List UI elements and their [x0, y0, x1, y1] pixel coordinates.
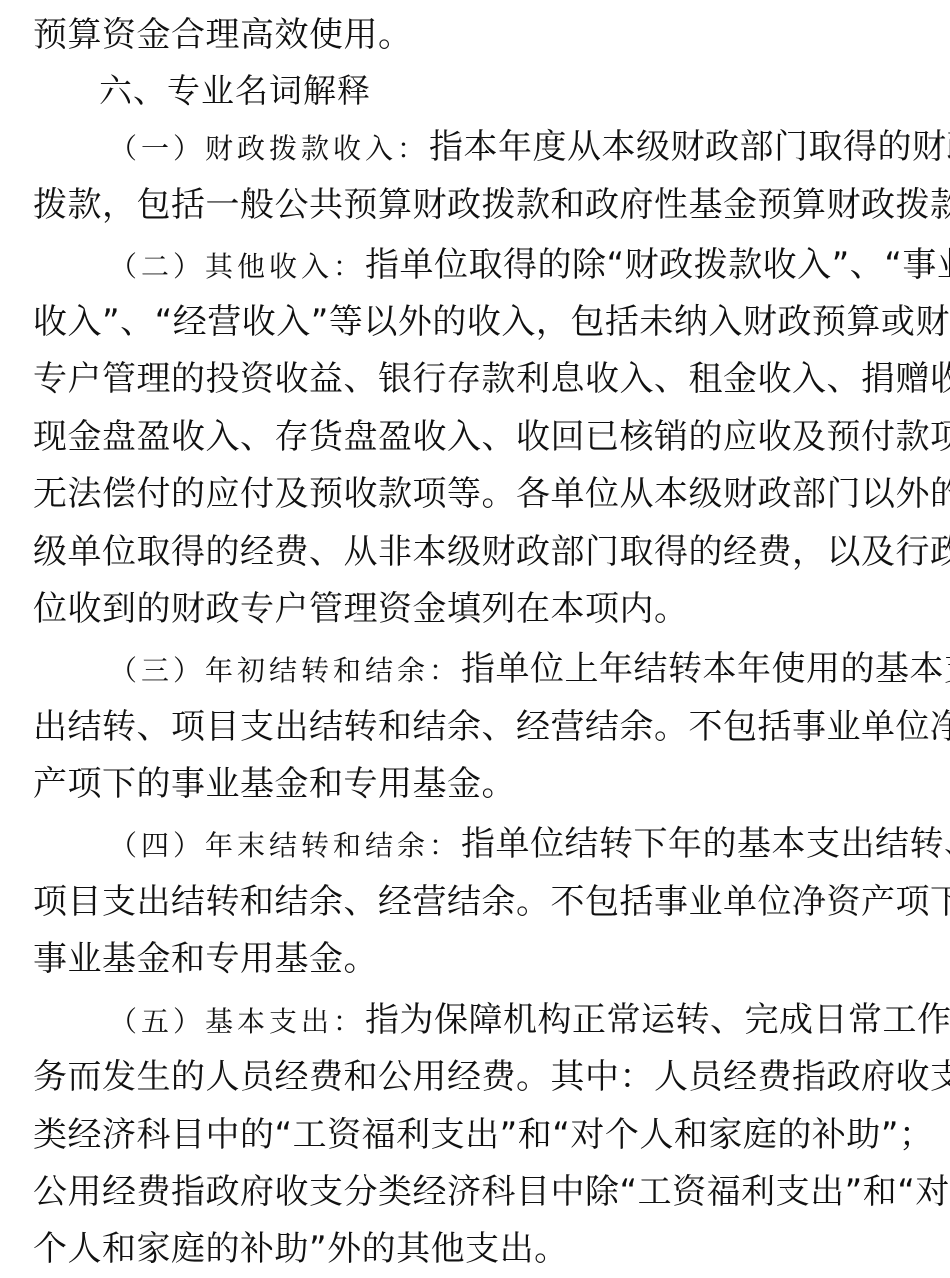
body-text: 类经济科目中的“工资福利支出”和“对个人和家庭的补助”；	[33, 1115, 933, 1155]
term-label: （二）其他收入：	[109, 250, 365, 283]
body-text: 指为保障机构正常运转、完成日常工作任	[365, 1000, 950, 1040]
body-text: 指单位结转下年的基本支出结转、	[461, 824, 950, 864]
section-heading-text: 六、专业名词解释	[99, 71, 371, 110]
paragraph-line: 无法偿付的应付及预收款项等。各单位从本级财政部门以外的同	[33, 467, 950, 522]
body-text: 无法偿付的应付及预收款项等。各单位从本级财政部门以外的同	[33, 474, 950, 514]
paragraph-line: 事业基金和专用基金。	[33, 932, 378, 987]
paragraph-line: 公用经费指政府收支分类经济科目中除“工资福利支出”和“对	[33, 1165, 950, 1220]
paragraph-line: 预算资金合理高效使用。	[33, 8, 413, 63]
term-definition-line: （一）财政拨款收入：指本年度从本级财政部门取得的财政	[109, 120, 950, 175]
paragraph-line: 务而发生的人员经费和公用经费。其中：人员经费指政府收支分	[33, 1050, 950, 1105]
body-text: 拨款，包括一般公共预算财政拨款和政府性基金预算财政拨款。	[33, 185, 950, 225]
paragraph-line: 出结转、项目支出结转和结余、经营结余。不包括事业单位净资	[33, 700, 950, 755]
body-text: 指单位上年结转本年使用的基本支	[461, 649, 950, 689]
paragraph-line: 产项下的事业基金和专用基金。	[33, 757, 516, 812]
term-label: （三）年初结转和结余：	[109, 654, 461, 687]
body-text: 公用经费指政府收支分类经济科目中除“工资福利支出”和“对	[33, 1172, 950, 1212]
paragraph-line: 位收到的财政专户管理资金填列在本项内。	[33, 582, 689, 637]
body-text: 收入”、“经营收入”等以外的收入，包括未纳入财政预算或财政	[33, 302, 950, 342]
term-label: （一）财政拨款收入：	[109, 132, 429, 165]
body-text: 产项下的事业基金和专用基金。	[33, 764, 516, 804]
body-text: 指本年度从本级财政部门取得的财政	[429, 127, 950, 167]
body-text: 事业基金和专用基金。	[33, 939, 378, 979]
body-text: 级单位取得的经费、从非本级财政部门取得的经费，以及行政单	[33, 532, 950, 572]
body-text: 出结转、项目支出结转和结余、经营结余。不包括事业单位净资	[33, 707, 950, 747]
term-definition-line: （五）基本支出：指为保障机构正常运转、完成日常工作任	[109, 993, 950, 1048]
paragraph-line: 收入”、“经营收入”等以外的收入，包括未纳入财政预算或财政	[33, 295, 950, 350]
paragraph-line: 拨款，包括一般公共预算财政拨款和政府性基金预算财政拨款。	[33, 178, 950, 233]
paragraph-line: 类经济科目中的“工资福利支出”和“对个人和家庭的补助”；	[33, 1108, 933, 1163]
paragraph-line: 专户管理的投资收益、银行存款利息收入、租金收入、捐赠收入，	[33, 352, 950, 407]
body-text: 指单位取得的除“财政拨款收入”、“事业	[365, 245, 950, 285]
paragraph-line: 现金盘盈收入、存货盘盈收入、收回已核销的应收及预付款项、	[33, 410, 950, 465]
term-definition-line: （四）年末结转和结余：指单位结转下年的基本支出结转、	[109, 817, 950, 872]
body-text: 个人和家庭的补助”外的其他支出。	[33, 1229, 569, 1269]
term-definition-line: （三）年初结转和结余：指单位上年结转本年使用的基本支	[109, 642, 950, 697]
paragraph-line: 项目支出结转和结余、经营结余。不包括事业单位净资产项下的	[33, 875, 950, 930]
body-text: 位收到的财政专户管理资金填列在本项内。	[33, 589, 689, 629]
paragraph-line: 级单位取得的经费、从非本级财政部门取得的经费，以及行政单	[33, 525, 950, 580]
body-text: 现金盘盈收入、存货盘盈收入、收回已核销的应收及预付款项、	[33, 417, 950, 457]
body-text: 专户管理的投资收益、银行存款利息收入、租金收入、捐赠收入，	[33, 359, 950, 399]
term-label: （五）基本支出：	[109, 1005, 365, 1038]
paragraph-line: 个人和家庭的补助”外的其他支出。	[33, 1222, 569, 1277]
body-text: 项目支出结转和结余、经营结余。不包括事业单位净资产项下的	[33, 882, 950, 922]
section-heading: 六、专业名词解释	[99, 63, 371, 118]
term-definition-line: （二）其他收入：指单位取得的除“财政拨款收入”、“事业	[109, 238, 950, 293]
body-text: 务而发生的人员经费和公用经费。其中：人员经费指政府收支分	[33, 1057, 950, 1097]
term-label: （四）年末结转和结余：	[109, 829, 461, 862]
body-text: 预算资金合理高效使用。	[33, 15, 413, 55]
